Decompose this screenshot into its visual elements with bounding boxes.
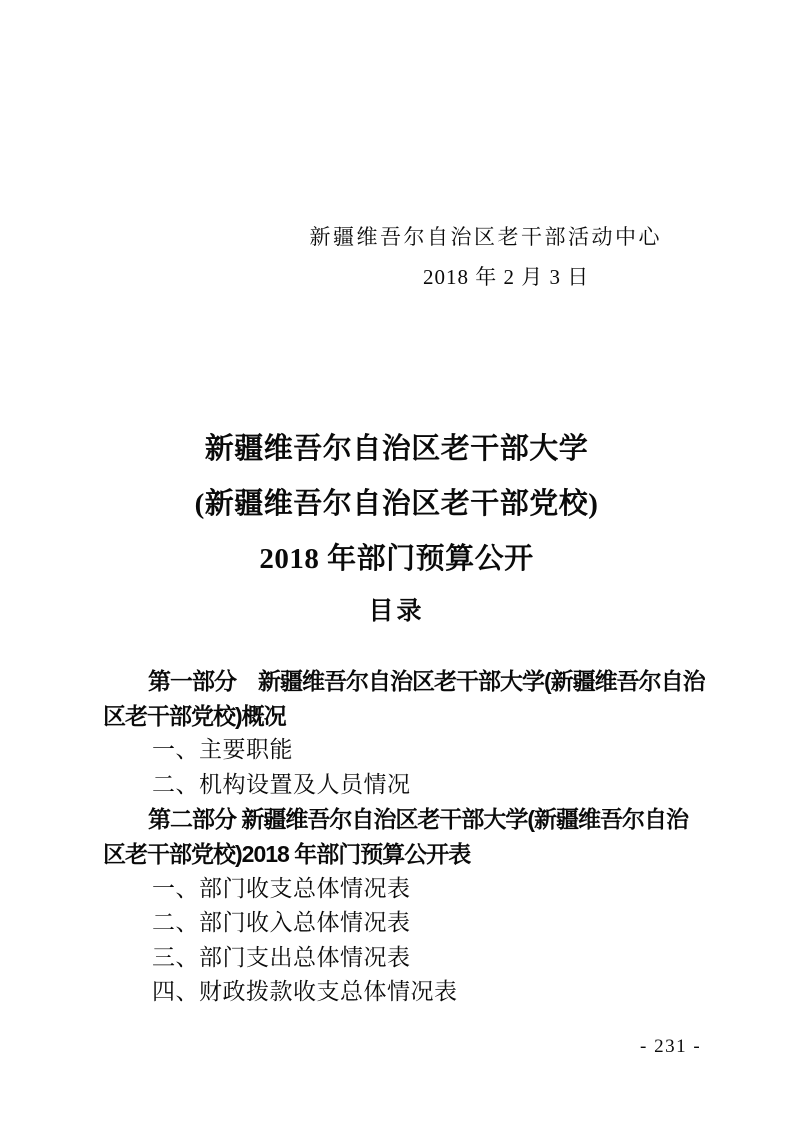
signature-org: 新疆维吾尔自治区老干部活动中心 xyxy=(310,221,663,251)
document-page: 新疆维吾尔自治区老干部活动中心 2018 年 2 月 3 日 新疆维吾尔自治区老… xyxy=(0,0,793,1122)
toc-item-part2-4: 四、财政拨款收支总体情况表 xyxy=(103,975,719,1010)
page-number: - 231 - xyxy=(640,1036,701,1058)
toc-item-part2-1: 一、部门收支总体情况表 xyxy=(103,872,719,907)
document-title-line2: (新疆维吾尔自治区老干部党校) xyxy=(0,481,793,522)
toc-item-part2-2: 二、部门收入总体情况表 xyxy=(103,906,719,941)
toc-part2-title-line2: 区老干部党校)2018 年部门预算公开表 xyxy=(103,837,719,872)
toc-item-part1-2: 二、机构设置及人员情况 xyxy=(103,768,719,803)
toc-part2-title-line1: 第二部分 新疆维吾尔自治区老干部大学(新疆维吾尔自治 xyxy=(103,802,719,837)
signature-date: 2018 年 2 月 3 日 xyxy=(423,261,589,291)
toc-part1-title-line1: 第一部分 新疆维吾尔自治区老干部大学(新疆维吾尔自治 xyxy=(103,664,719,699)
document-title-line3: 2018 年部门预算公开 xyxy=(0,536,793,577)
document-title-line1: 新疆维吾尔自治区老干部大学 xyxy=(0,426,793,467)
toc-item-part1-1: 一、主要职能 xyxy=(103,733,719,768)
toc-heading: 目录 xyxy=(0,591,793,627)
toc-part1-title-line2: 区老干部党校)概况 xyxy=(103,699,719,734)
table-of-contents: 第一部分 新疆维吾尔自治区老干部大学(新疆维吾尔自治 区老干部党校)概况 一、主… xyxy=(103,664,719,1010)
toc-item-part2-3: 三、部门支出总体情况表 xyxy=(103,941,719,976)
